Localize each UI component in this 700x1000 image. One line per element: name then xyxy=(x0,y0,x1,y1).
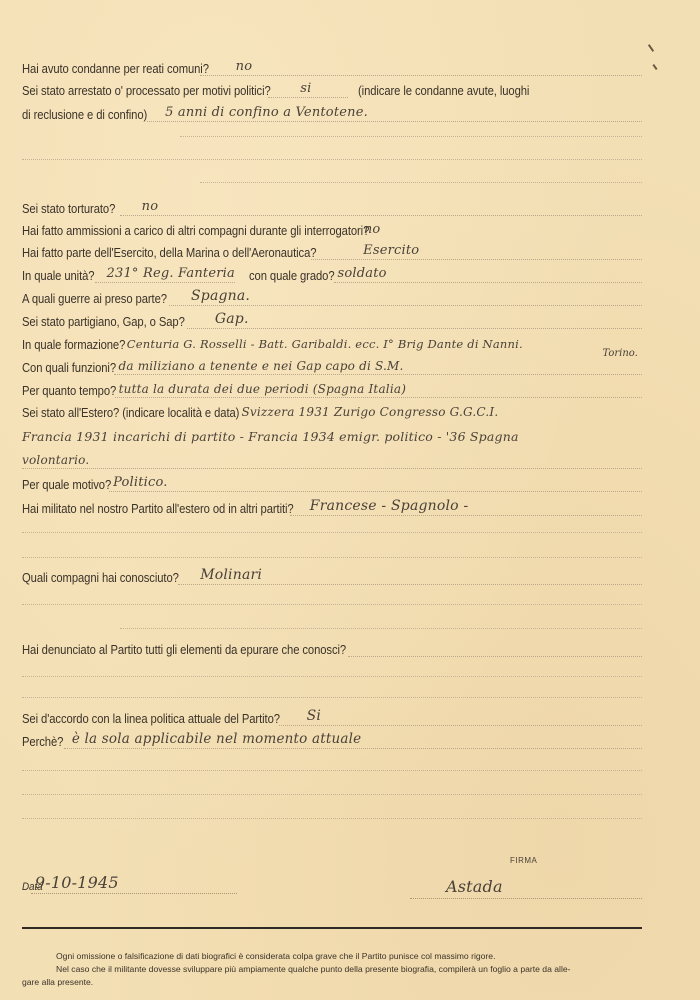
date-field-row: Data 9-10-1945 xyxy=(22,874,237,894)
question-tempo: Per quanto tempo? tutta la durata dei du… xyxy=(22,376,642,398)
blank-line[interactable] xyxy=(180,136,642,137)
biography-form-page: Hai avuto condanne per reati comuni? no … xyxy=(0,0,700,1000)
answer-text: Gap. xyxy=(215,311,249,327)
answer-field[interactable]: Si xyxy=(279,707,642,726)
answer-continuation[interactable]: Francia 1931 incarichi di partito - Fran… xyxy=(22,423,642,445)
blank-line[interactable] xyxy=(22,159,642,160)
answer-text: è la sola applicabile nel momento attual… xyxy=(72,731,362,747)
question-arrestato: Sei stato arrestato o' processato per mo… xyxy=(22,76,642,98)
footer-paragraph-3: gare alla presente. xyxy=(22,976,652,989)
date-field[interactable]: 9-10-1945 xyxy=(31,875,237,894)
answer-field[interactable]: no xyxy=(200,57,642,76)
question-esercito: Hai fatto parte dell'Esercito, della Mar… xyxy=(22,238,642,260)
footer-paragraph-2: Nel caso che il militante dovesse svilup… xyxy=(22,963,652,976)
answer-field-unit[interactable]: 231° Reg. Fanteria xyxy=(95,264,235,283)
answer-field[interactable]: si xyxy=(268,79,348,98)
question-torturato: Sei stato torturato? no xyxy=(22,194,642,216)
blank-line[interactable] xyxy=(200,182,642,183)
question-label: Hai fatto ammissioni a carico di altri c… xyxy=(22,224,369,238)
answer-field[interactable]: Politico. xyxy=(109,473,642,492)
question-label: Sei stato partigiano, Gap, o Sap? xyxy=(22,315,185,329)
answer-text: si xyxy=(300,81,311,96)
footer-notice: Ogni omissione o falsificazione di dati … xyxy=(22,950,652,989)
answer-text: tutta la durata dei due periodi (Spagna … xyxy=(119,382,407,396)
date-value: 9-10-1945 xyxy=(35,873,119,892)
question-compagni: Quali compagni hai conosciuto? Molinari xyxy=(22,563,642,585)
blank-line[interactable] xyxy=(22,794,642,795)
blank-line[interactable] xyxy=(22,532,642,533)
answer-field[interactable]: Esercito xyxy=(311,241,642,260)
answer-text: Si xyxy=(307,708,321,724)
question-militato: Hai militato nel nostro Partito all'este… xyxy=(22,494,642,516)
question-guerre: A quali guerre ai preso parte? Spagna. xyxy=(22,284,642,306)
question-label: Perchè? xyxy=(22,735,63,749)
question-label: Per quale motivo? xyxy=(22,478,111,492)
answer-text: Molinari xyxy=(200,567,262,583)
answer-field[interactable] xyxy=(348,638,642,657)
question-label: Per quanto tempo? xyxy=(22,384,116,398)
question-label: A quali guerre ai preso parte? xyxy=(22,292,167,306)
answer-text: Svizzera 1931 Zurigo Congresso G.G.C.I. xyxy=(241,405,498,419)
question-label: Hai avuto condanne per reati comuni? xyxy=(22,62,209,76)
answer-text: soldato xyxy=(338,266,387,281)
answer-field[interactable]: è la sola applicabile nel momento attual… xyxy=(64,730,642,749)
answer-continuation[interactable]: volontario. xyxy=(22,447,642,469)
signature-label: FIRMA xyxy=(510,856,537,865)
question-label-grade: con quale grado? xyxy=(249,269,335,283)
answer-field[interactable]: volontario. xyxy=(22,450,642,469)
answer-text: 5 anni di confino a Ventotene. xyxy=(165,105,368,120)
answer-field[interactable]: Svizzera 1931 Zurigo Congresso G.G.C.I. xyxy=(235,402,642,420)
answer-field[interactable]: Francese - Spagnolo - xyxy=(290,497,642,516)
question-label: Con quali funzioni? xyxy=(22,361,116,375)
question-condanne: Hai avuto condanne per reati comuni? no xyxy=(22,54,642,76)
footer-paragraph-1: Ogni omissione o falsificazione di dati … xyxy=(22,950,652,963)
answer-field[interactable]: Gap. xyxy=(187,310,642,329)
answer-field[interactable]: Spagna. xyxy=(169,287,642,306)
question-accordo: Sei d'accordo con la linea politica attu… xyxy=(22,704,642,726)
question-estero: Sei stato all'Estero? (indicare località… xyxy=(22,398,642,420)
blank-line[interactable] xyxy=(22,818,642,819)
question-label: Hai denunciato al Partito tutti gli elem… xyxy=(22,643,346,657)
question-denunciato: Hai denunciato al Partito tutti gli elem… xyxy=(22,635,642,657)
question-label: Hai militato nel nostro Partito all'este… xyxy=(22,502,294,516)
answer-text: no xyxy=(236,59,253,74)
question-label: Hai fatto parte dell'Esercito, della Mar… xyxy=(22,246,316,260)
question-formazione: In quale formazione? Centuria G. Rossell… xyxy=(22,330,642,352)
answer-field[interactable]: Centuria G. Rosselli - Batt. Garibaldi. … xyxy=(125,334,642,352)
paper-mark xyxy=(652,64,657,70)
question-label: In quale unità? xyxy=(22,269,94,283)
question-label: di reclusione e di confino) xyxy=(22,108,147,122)
answer-text: no xyxy=(142,199,159,214)
answer-field[interactable]: da miliziano a tenente e nei Gap capo di… xyxy=(114,356,642,375)
answer-text: Francese - Spagnolo - xyxy=(310,498,469,514)
answer-field[interactable]: tutta la durata dei due periodi (Spagna … xyxy=(115,379,642,398)
question-ammissioni: Hai fatto ammissioni a carico di altri c… xyxy=(22,216,642,238)
blank-line[interactable] xyxy=(120,628,642,629)
answer-field[interactable]: no xyxy=(120,197,642,216)
answer-field[interactable]: no xyxy=(360,220,642,238)
divider-line xyxy=(22,927,642,929)
question-label: Sei stato arrestato o' processato per mo… xyxy=(22,84,271,98)
blank-line[interactable] xyxy=(22,697,642,698)
question-partigiano: Sei stato partigiano, Gap, o Sap? Gap. xyxy=(22,307,642,329)
blank-line[interactable] xyxy=(22,676,642,677)
question-motivo: Per quale motivo? Politico. xyxy=(22,470,642,492)
question-label: Sei d'accordo con la linea politica attu… xyxy=(22,712,280,726)
answer-text: Spagna. xyxy=(191,288,250,304)
question-unita: In quale unità? 231° Reg. Fanteria con q… xyxy=(22,261,642,283)
answer-text: da miliziano a tenente e nei Gap capo di… xyxy=(118,359,403,373)
question-funzioni: Con quali funzioni? da miliziano a tenen… xyxy=(22,353,642,375)
signature-field[interactable]: Astada xyxy=(410,876,642,899)
blank-line[interactable] xyxy=(22,770,642,771)
question-reclusione: di reclusione e di confino) 5 anni di co… xyxy=(22,100,642,122)
question-label: In quale formazione? xyxy=(22,338,125,352)
answer-text: volontario. xyxy=(22,453,89,467)
answer-text: Francia 1931 incarichi di partito - Fran… xyxy=(22,429,519,444)
paper-mark xyxy=(648,44,654,52)
blank-line[interactable] xyxy=(22,557,642,558)
answer-field-grade[interactable]: soldato xyxy=(334,264,642,283)
answer-text: no xyxy=(364,222,381,237)
question-label: Quali compagni hai conosciuto? xyxy=(22,571,179,585)
answer-text: 231° Reg. Fanteria xyxy=(107,266,235,281)
answer-text: Politico. xyxy=(113,475,168,490)
question-label: Sei stato torturato? xyxy=(22,202,115,216)
answer-field[interactable]: Molinari xyxy=(178,566,642,585)
answer-text: Centuria G. Rosselli - Batt. Garibaldi. … xyxy=(127,337,523,351)
answer-text: Esercito xyxy=(363,243,419,258)
answer-field[interactable]: Francia 1931 incarichi di partito - Fran… xyxy=(22,427,642,445)
question-label: Sei stato all'Estero? (indicare località… xyxy=(22,406,239,420)
answer-field[interactable]: 5 anni di confino a Ventotene. xyxy=(147,103,642,122)
blank-line[interactable] xyxy=(22,604,642,605)
signature-value: Astada xyxy=(446,877,503,896)
question-note: (indicare le condanne avute, luoghi xyxy=(358,84,529,98)
answer-annotation: Torino. xyxy=(602,348,637,359)
question-perche: Perchè? è la sola applicabile nel moment… xyxy=(22,727,642,749)
